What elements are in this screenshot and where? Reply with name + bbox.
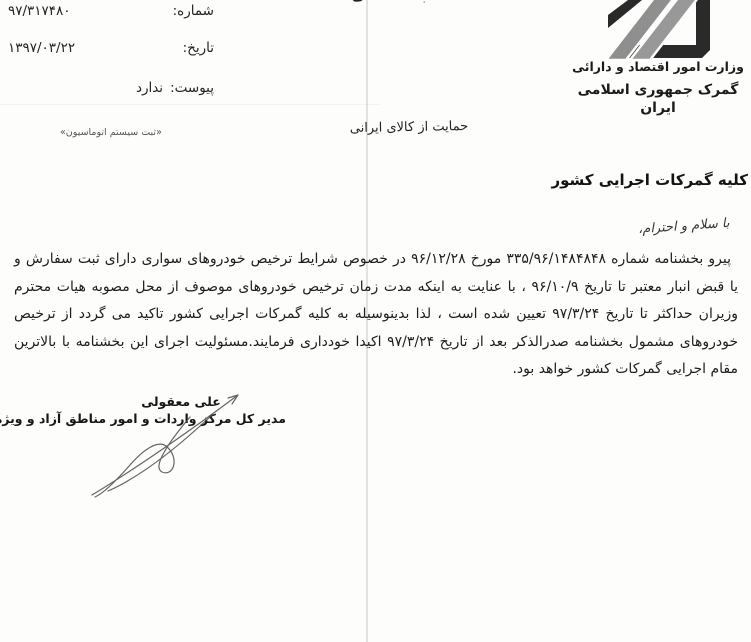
letterhead: وزارت امور اقتصاد و دارائی گمرک جمهوری ا… bbox=[568, 59, 748, 117]
recipient-line: کلیه گمرکات اجرایی کشور bbox=[551, 171, 748, 189]
customs-logo-icon bbox=[605, 0, 715, 60]
body-paragraph: پیرو بخشنامه شماره ۳۳۵/۹۶/۱۴۸۴۸۴۸ مورخ ۹… bbox=[14, 246, 738, 384]
scanned-letter-page: بسمه تعالی شماره: ۹۷/۳۱۷۴۸۰ تاریخ: ۱۳۹۷/… bbox=[0, 0, 751, 642]
bismillah-text: بسمه تعالی bbox=[352, 0, 426, 4]
horizontal-crease-line bbox=[0, 104, 380, 105]
automation-note: «ثبت سیستم اتوماسیون» bbox=[60, 127, 162, 138]
letter-date-row: تاریخ: ۱۳۹۷/۰۳/۲۲ bbox=[8, 40, 214, 56]
organization-name: گمرک جمهوری اسلامی ایران bbox=[568, 81, 748, 117]
date-label: تاریخ: bbox=[183, 40, 214, 56]
letter-number-row: شماره: ۹۷/۳۱۷۴۸۰ bbox=[8, 3, 214, 19]
number-label: شماره: bbox=[173, 3, 214, 19]
attachment-row: پیوست: ندارد bbox=[8, 80, 214, 96]
attachment-label: پیوست: bbox=[170, 80, 214, 96]
ministry-name: وزارت امور اقتصاد و دارائی bbox=[568, 59, 748, 75]
date-value: ۱۳۹۷/۰۳/۲۲ bbox=[8, 40, 75, 56]
salutation-line: با سلام و احترام، bbox=[638, 216, 730, 237]
number-value: ۹۷/۳۱۷۴۸۰ bbox=[8, 3, 71, 19]
year-slogan: حمایت از کالای ایرانی bbox=[336, 119, 482, 137]
attachment-value: ندارد bbox=[136, 80, 163, 96]
handwritten-signature bbox=[40, 383, 255, 501]
